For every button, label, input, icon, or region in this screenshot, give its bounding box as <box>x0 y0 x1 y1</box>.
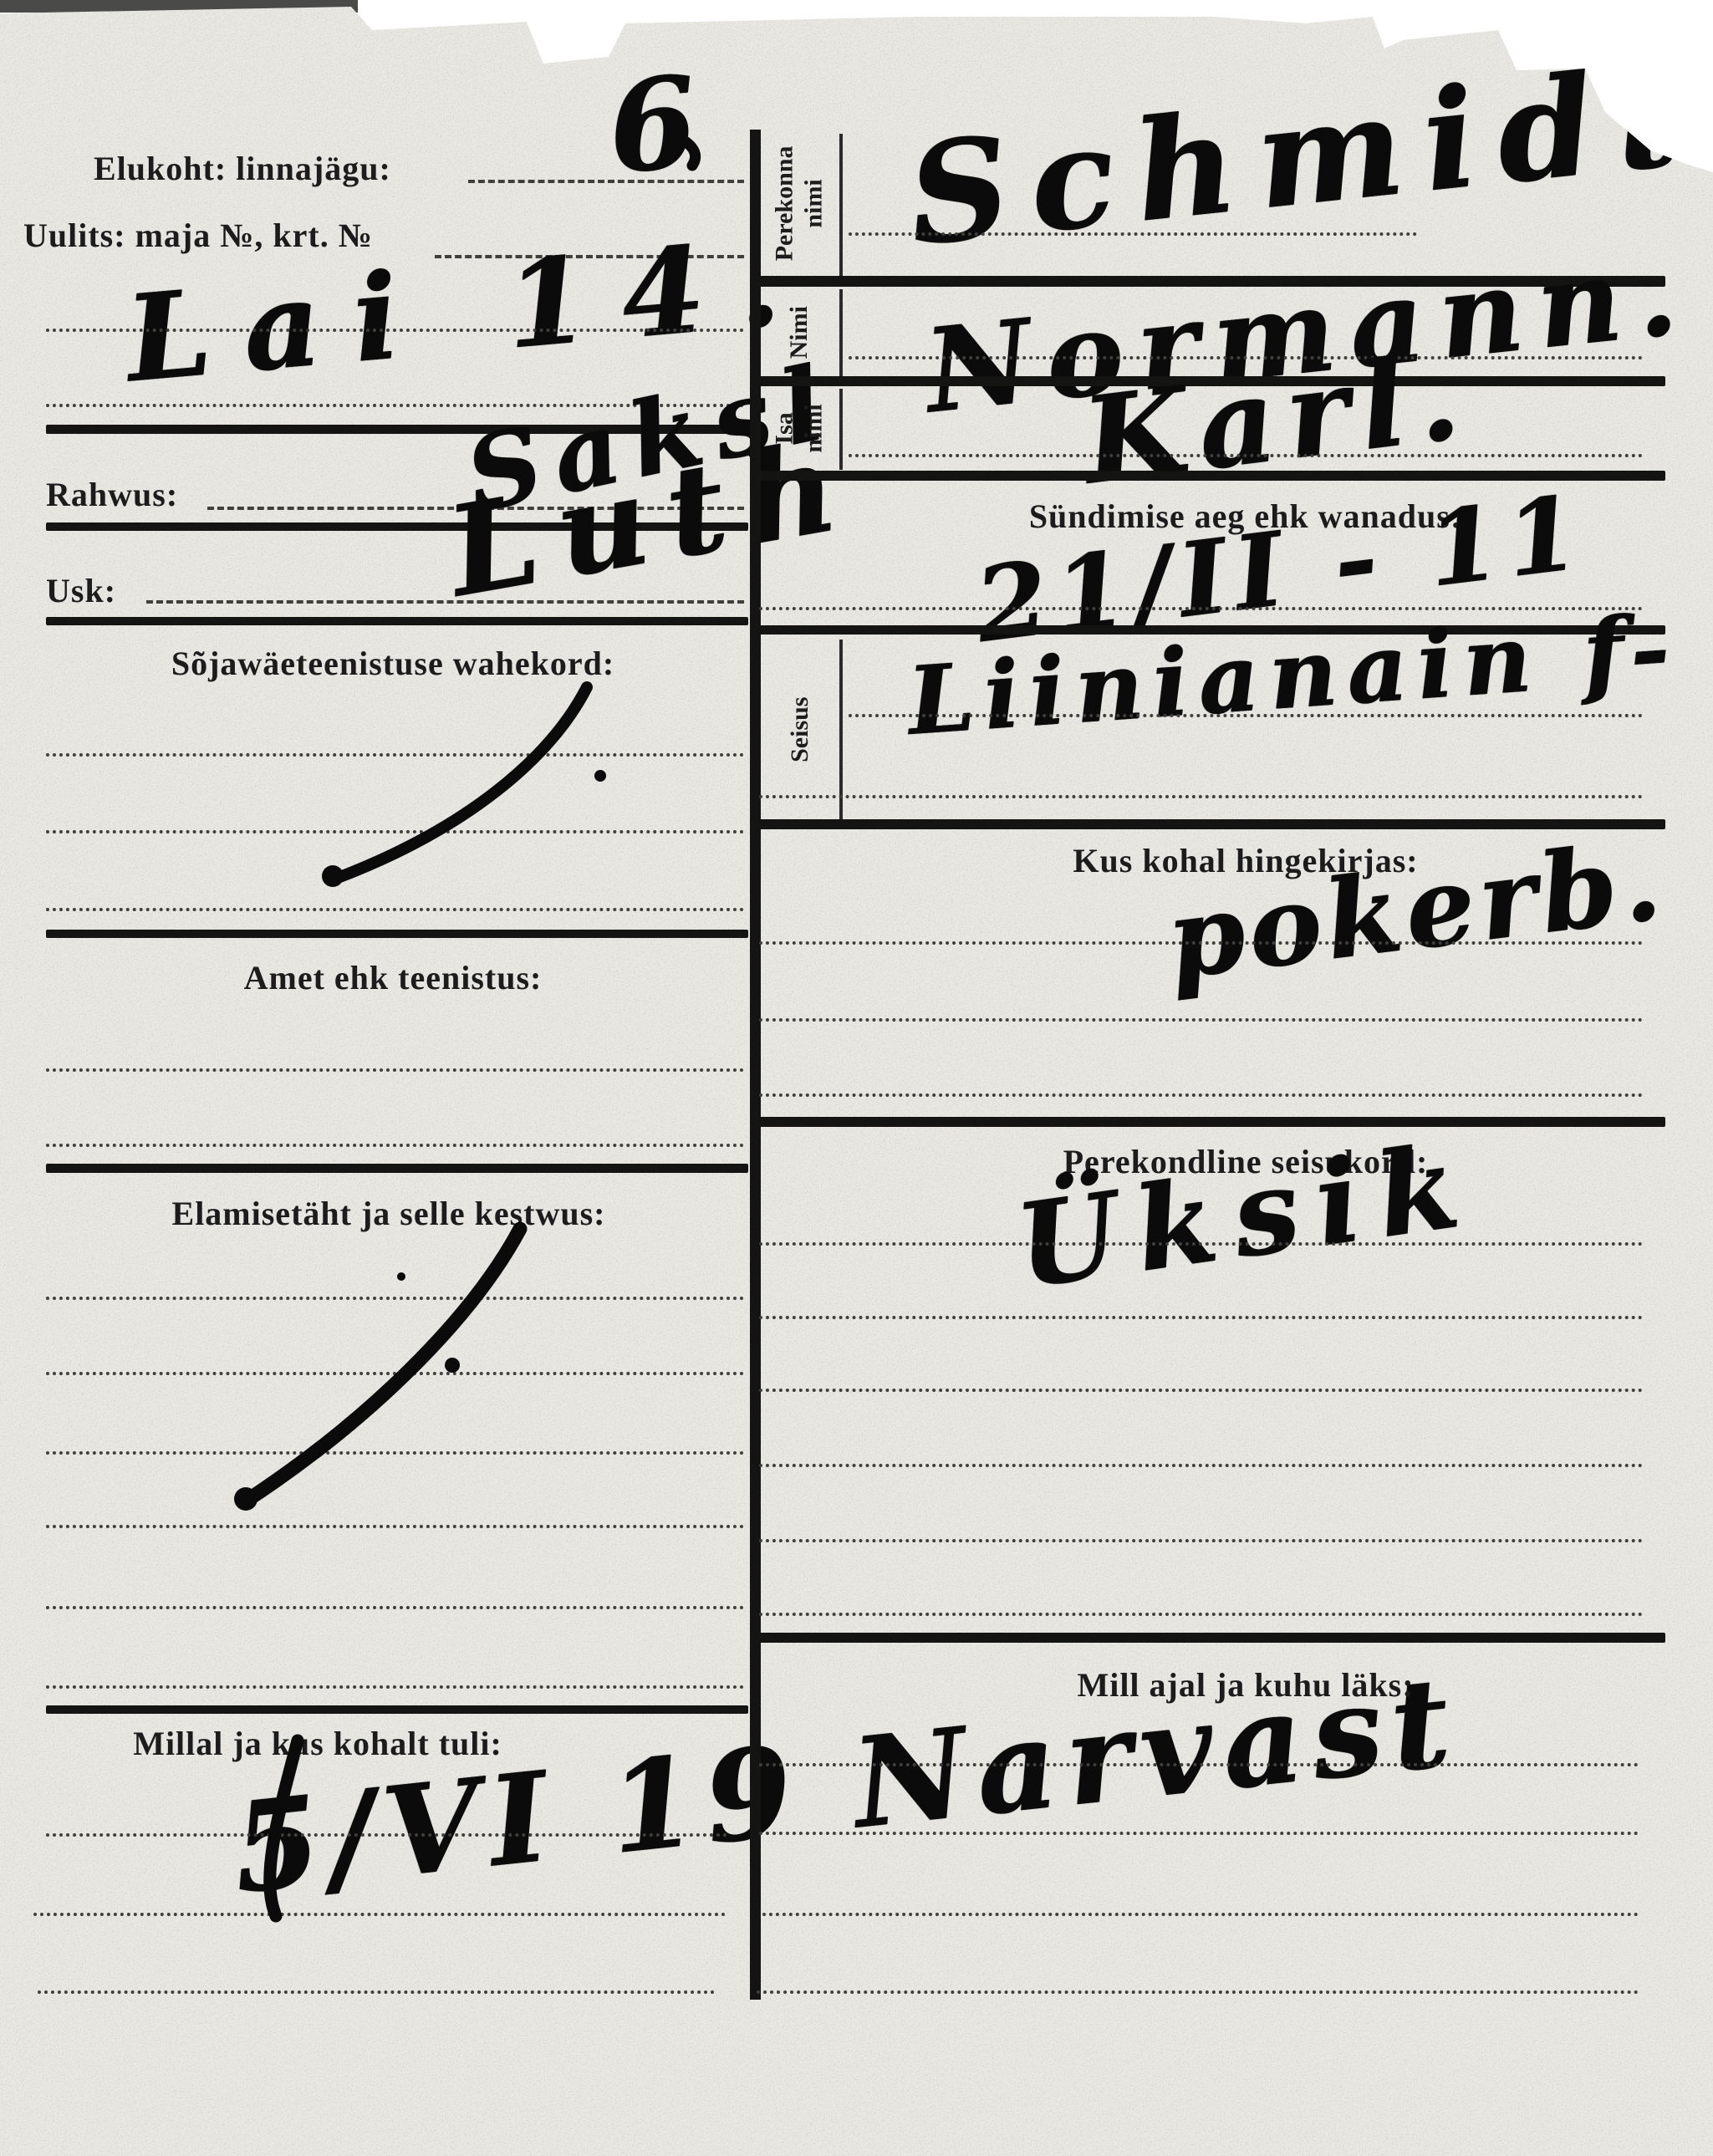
surname-label: Perekonna nimi <box>770 132 829 274</box>
rahwus-label: Rahwus: <box>46 475 178 514</box>
residence-permit-label: Elamisetäht ja selle kestwus: <box>96 1194 681 1233</box>
dotted-line <box>46 1068 744 1072</box>
dotted-line <box>38 1990 715 1994</box>
dotted-line <box>849 232 1417 236</box>
dotted-line <box>46 1297 744 1300</box>
dotted-line <box>46 1606 744 1609</box>
elukoht-label: Elukoht: linnajägu: <box>94 149 391 188</box>
dotted-line <box>849 714 1643 717</box>
dotted-line <box>759 795 1643 798</box>
dotted-line <box>759 1316 1643 1319</box>
dotted-line <box>46 1144 744 1147</box>
dotted-line <box>759 1763 1639 1766</box>
page-number-handwriting: 6 <box>603 48 702 202</box>
dotted-line <box>46 1525 744 1528</box>
rule-line <box>46 617 748 625</box>
rule-line <box>46 930 748 938</box>
ink-dot <box>397 1272 405 1281</box>
dotted-line <box>46 908 744 911</box>
departure-label: Mill ajal ja kuhu läks: <box>844 1665 1647 1705</box>
ink-dot <box>445 1358 460 1373</box>
dotted-line <box>759 1464 1643 1467</box>
father-name-label: Isa nimi <box>770 386 829 470</box>
pen-stroke-slash <box>249 1229 520 1499</box>
dotted-line <box>762 1913 1639 1916</box>
column-divider-line <box>750 130 761 2000</box>
dotted-line <box>759 1832 1639 1835</box>
rule-line <box>750 819 1665 829</box>
label-separator-line <box>839 134 843 278</box>
ink-blob <box>234 1487 257 1511</box>
dotted-line <box>759 1093 1643 1097</box>
scanned-document-page: Elukoht: linnajägu: Uulits: maja №, krt.… <box>0 0 1713 2156</box>
dashed-line <box>468 180 744 183</box>
dotted-line <box>759 1539 1643 1542</box>
dotted-line <box>46 1372 744 1375</box>
dotted-line <box>757 1990 1639 1994</box>
dotted-line <box>46 1451 744 1455</box>
label-separator-line <box>839 289 843 376</box>
paper-sheet: Elukoht: linnajägu: Uulits: maja №, krt.… <box>0 0 1713 2156</box>
dotted-line <box>759 941 1643 945</box>
rule-line <box>46 1705 748 1714</box>
status-label: Seisus <box>785 640 814 819</box>
dotted-line <box>759 1018 1643 1022</box>
dashed-line <box>146 600 744 604</box>
dotted-line <box>33 1913 726 1916</box>
label-separator-line <box>839 389 843 470</box>
uulits-label: Uulits: maja №, krt. № <box>23 216 373 255</box>
label-separator-line <box>839 640 843 819</box>
name-label: Nimi <box>784 288 813 376</box>
dotted-line <box>46 753 744 757</box>
dotted-line <box>46 329 744 332</box>
ink-blob <box>322 865 344 887</box>
dotted-line <box>759 1389 1643 1392</box>
dotted-line <box>46 830 744 833</box>
dotted-line <box>759 1242 1643 1246</box>
ink-dot <box>594 770 606 782</box>
dotted-line <box>849 454 1643 457</box>
dotted-line <box>759 1613 1643 1616</box>
usk-label: Usk: <box>46 571 116 610</box>
dotted-line <box>46 1685 744 1689</box>
occupation-label: Amet ehk teenistus: <box>100 958 686 997</box>
dotted-line <box>46 1833 727 1837</box>
rule-line <box>750 1117 1665 1127</box>
pen-stroke-slash <box>338 687 587 878</box>
rule-line <box>750 1633 1665 1643</box>
military-service-label: Sõjawäeteenistuse wahekord: <box>100 644 686 683</box>
rule-line <box>46 1164 748 1173</box>
